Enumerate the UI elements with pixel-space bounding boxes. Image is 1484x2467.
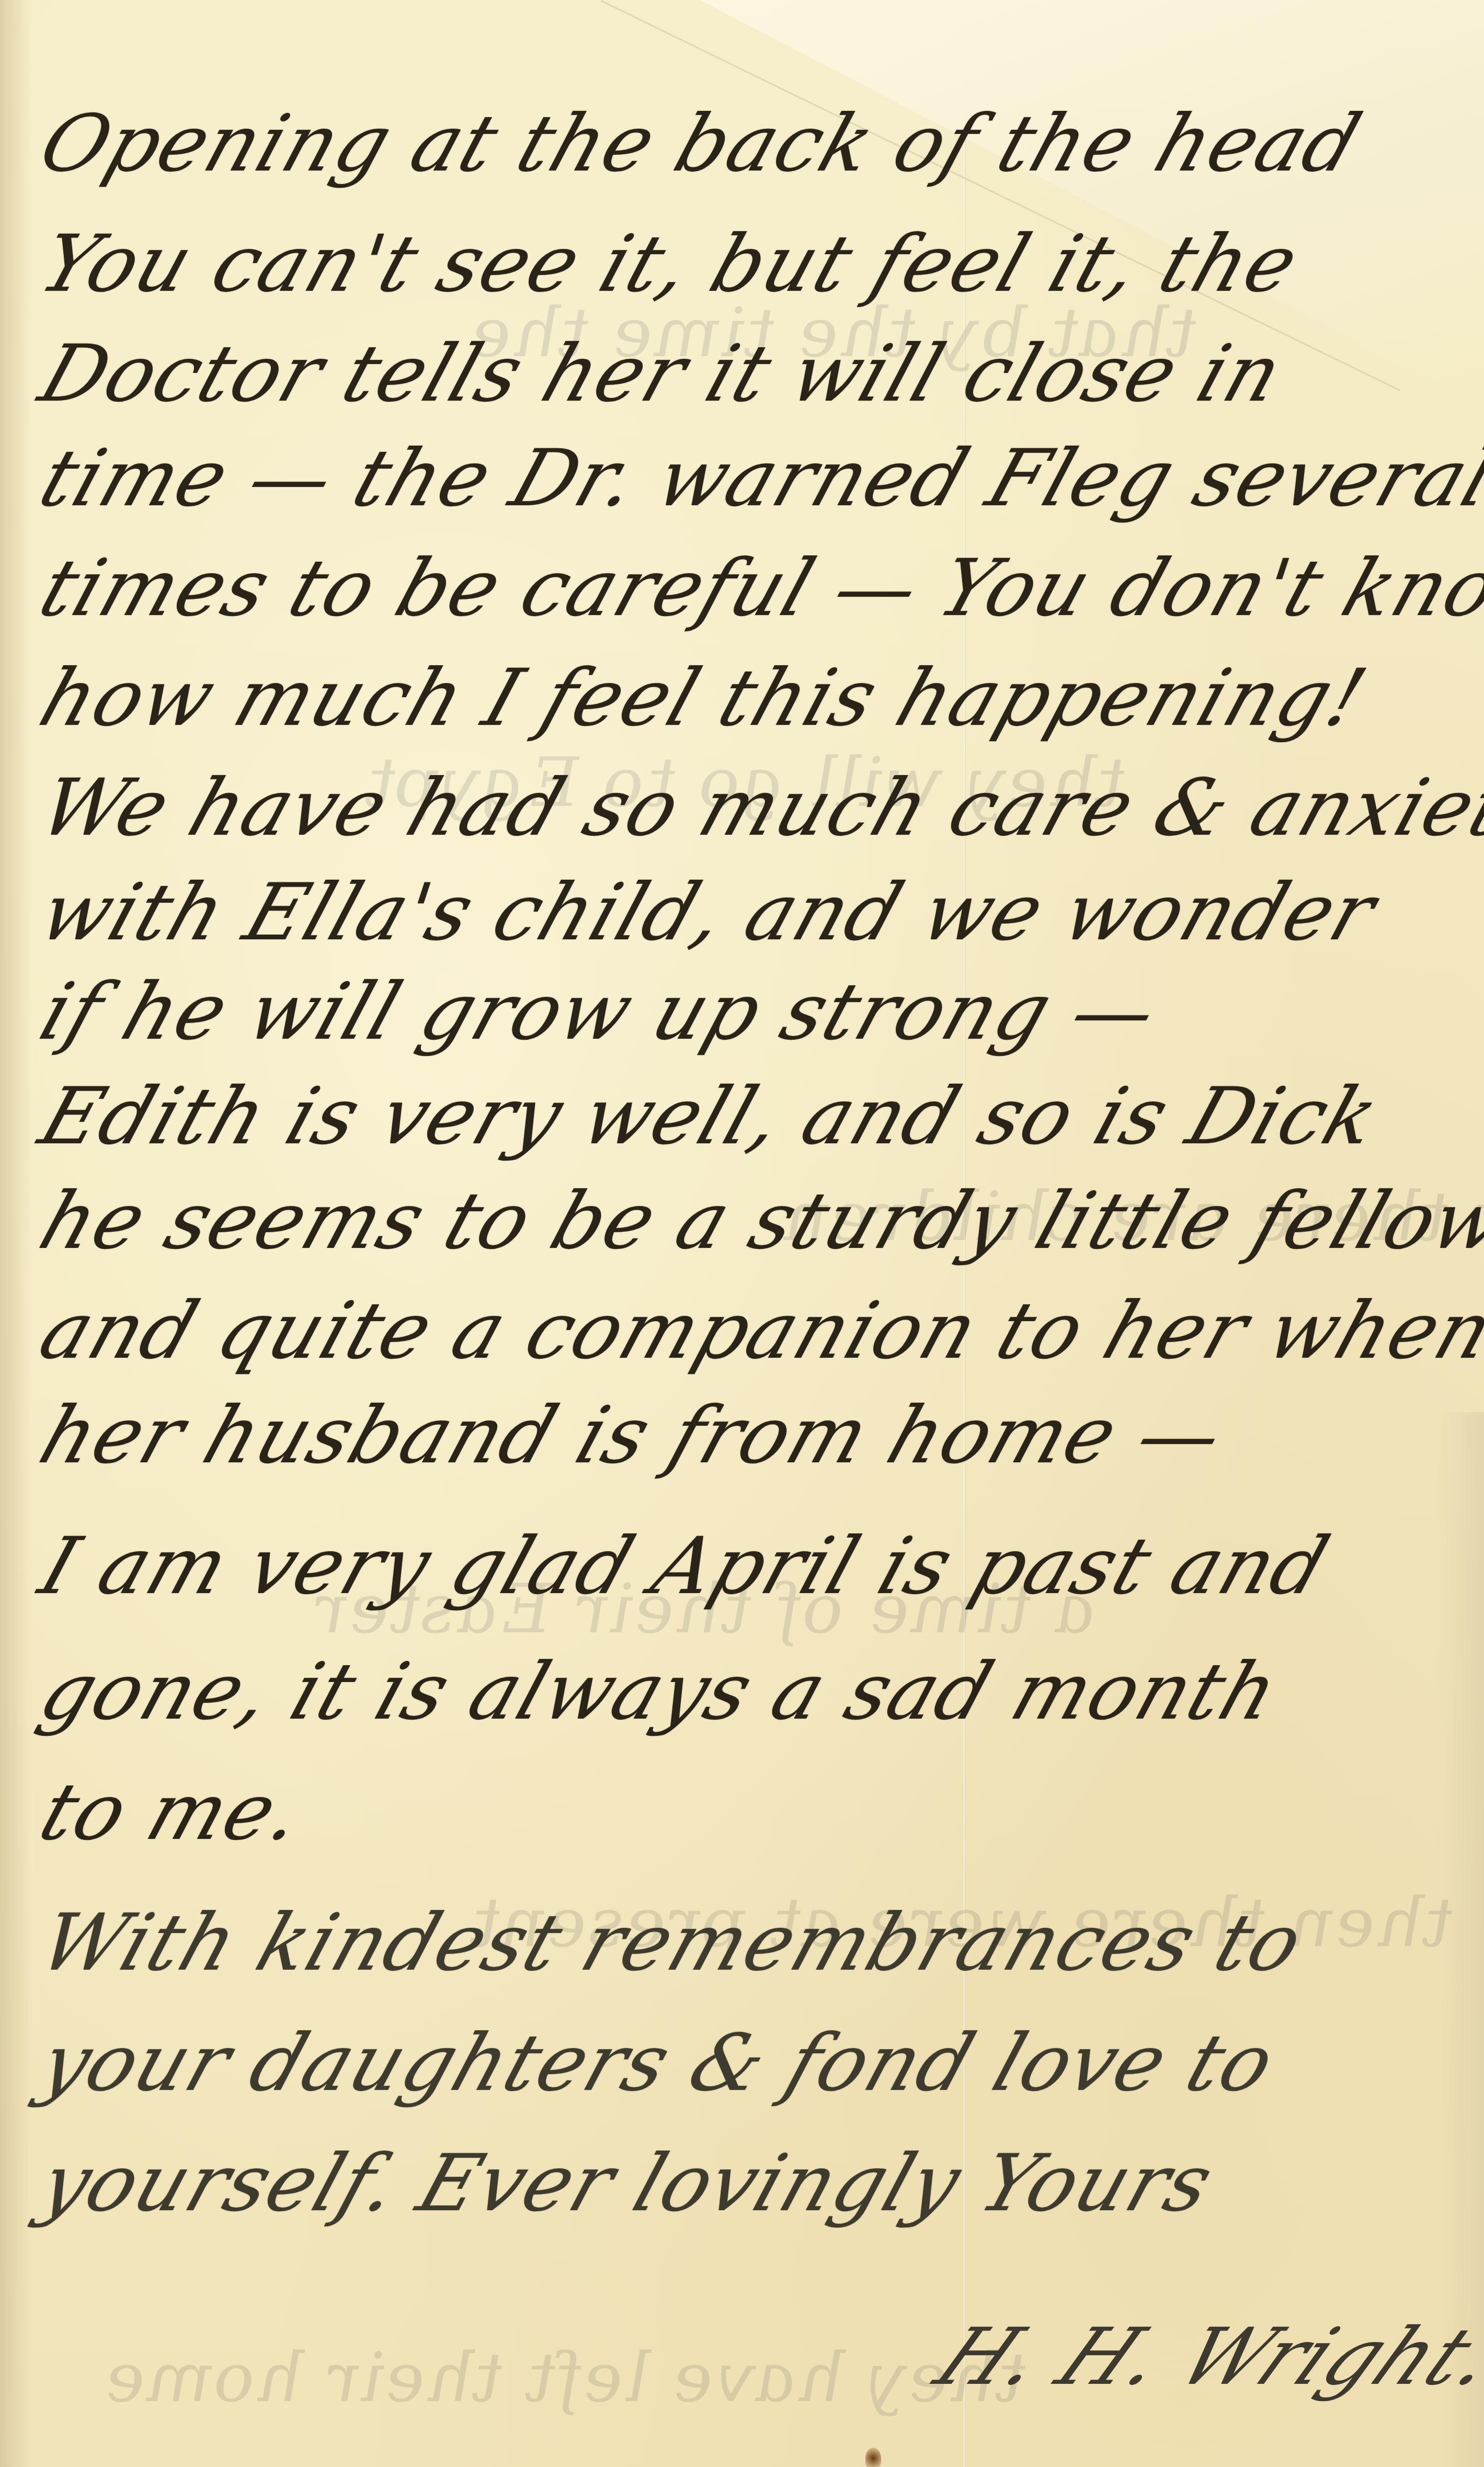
letter-line: Edith is very well, and so is Dick xyxy=(31,1077,1388,1156)
bleed-line: they have left their home xyxy=(90,2338,1040,2417)
letter-line: Opening at the back of the head xyxy=(31,105,1370,183)
letter-line: her husband is from home — xyxy=(31,1396,1232,1475)
letter-line: gone, it is always a sad month xyxy=(31,1653,1287,1731)
letter-line: he seems to be a sturdy little fellow xyxy=(31,1182,1484,1260)
letter-line: and quite a companion to her when xyxy=(31,1292,1484,1370)
letter-line: if he will grow up strong — xyxy=(31,973,1167,1051)
letter-line: Doctor tells her it will close in xyxy=(31,335,1292,413)
ink-stain xyxy=(865,2448,881,2467)
letter-line: time — the Dr. warned Fleg several xyxy=(31,439,1484,518)
letter-line: With kindest remembrances to xyxy=(31,1904,1312,1982)
letter-line: You can't see it, but feel it, the xyxy=(31,225,1308,303)
letter-line: yourself. Ever lovingly Yours xyxy=(31,2144,1222,2223)
letter-line: with Ella's child, and we wonder xyxy=(31,873,1385,952)
letter-page: that by the time the they will go to Egy… xyxy=(0,0,1484,2467)
letter-line: how much I feel this happening! xyxy=(31,659,1375,737)
letter-line: I am very glad April is past and xyxy=(31,1527,1338,1606)
letter-line: your daughters & fond love to xyxy=(31,2024,1284,2102)
signature: H. H. Wright. xyxy=(920,2312,1484,2403)
page-right-edge xyxy=(1437,1412,1484,2467)
letter-line: We have had so much care & anxiety xyxy=(31,769,1484,847)
letter-line: to me. xyxy=(31,1773,313,1851)
page-left-edge-shadow xyxy=(0,0,31,2467)
letter-line: times to be careful — You don't know xyxy=(31,549,1484,628)
